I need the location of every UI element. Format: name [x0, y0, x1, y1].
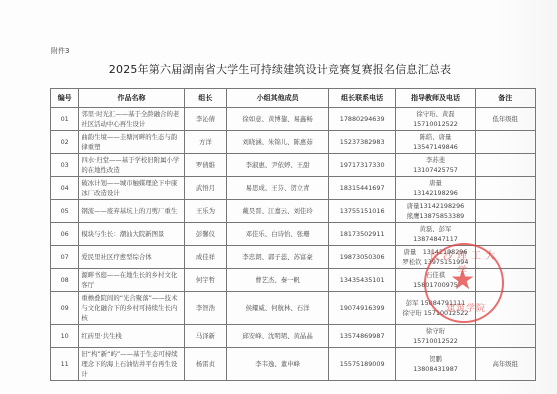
- leader-name: 李沁倩: [184, 108, 227, 131]
- row-number: 03: [51, 154, 79, 177]
- advisor-line-1: 李苏斐: [398, 155, 472, 165]
- member-names: 李淑惠、尹依婷、王甜: [227, 154, 329, 177]
- note: [475, 131, 535, 154]
- table-row: 02曲韵生境——圭塘河畔的生态与韵律重塑方洋刘晓涵、朱锦儿、陈惠茹1523738…: [51, 131, 536, 154]
- leader-name: 杨雷贞: [184, 348, 227, 381]
- work-name: 源畔书庭——在地生长的乡村文化客厅: [79, 269, 184, 292]
- table-row: 03四水·归堂——基于学校旧附属小学的在地性改造罗倩維李淑惠、尹依婷、王甜197…: [51, 154, 536, 177]
- advisor-line-1: 唐量13142198296: [398, 201, 472, 211]
- advisor-line-2: 13547149846: [398, 142, 472, 152]
- leader-phone: 19873050306: [328, 246, 395, 269]
- row-number: 04: [51, 177, 79, 200]
- header-leader: 组长: [184, 89, 227, 108]
- table-row: 11旧“构”新“屿”——基于生态可持续理念下的海上石油钻井平台再生设计杨雷贞李韦…: [51, 348, 536, 381]
- header-members: 小组其他成员: [227, 89, 329, 108]
- work-name: 钢流——废弃基坑上的刀剪厂重生: [79, 200, 184, 223]
- advisor-info: 唐量13142198296: [396, 177, 475, 200]
- note: 高年级组: [475, 348, 535, 381]
- work-name: 爱民里社区疗愈型综合体: [79, 246, 184, 269]
- attachment-label: 附件3: [51, 46, 69, 56]
- note: 低年级组: [475, 108, 535, 131]
- advisor-line-2: 15710012522: [398, 336, 472, 346]
- note: [475, 154, 535, 177]
- advisor-line-1: 唐量: [398, 178, 472, 188]
- leader-phone: 13755151016: [328, 200, 395, 223]
- leader-name: 武悟月: [184, 177, 227, 200]
- work-name: 红砖里·共生栈: [79, 325, 184, 348]
- leader-name: 马泽新: [184, 325, 227, 348]
- row-number: 01: [51, 108, 79, 131]
- leader-name: 李智浩: [184, 292, 227, 325]
- leader-name: 罗倩維: [184, 154, 227, 177]
- leader-phone: 15575189009: [328, 348, 395, 381]
- table-row: 04破冰计划——城市触媒理论下中康冰厂改造设计武悟月易思成、王芬、贺立青1831…: [51, 177, 536, 200]
- member-names: 刘晓涵、朱锦儿、陈惠茹: [227, 131, 329, 154]
- advisor-info: 李苏斐13107425757: [396, 154, 475, 177]
- header-number: 编号: [51, 89, 79, 108]
- row-number: 09: [51, 292, 79, 325]
- table-header-row: 编号 作品名称 组长 小组其他成员 组长联系电话 指导教师及电话 备注: [51, 89, 536, 108]
- advisor-line-2: 熊鹰13875853389: [398, 211, 472, 221]
- note: [475, 223, 535, 246]
- leader-phone: 13435435101: [328, 269, 395, 292]
- advisor-info: 唐量13142198296熊鹰13875853389: [396, 200, 475, 223]
- note: [475, 200, 535, 223]
- row-number: 05: [51, 200, 79, 223]
- work-name: 四水·归堂——基于学校旧附属小学的在地性改造: [79, 154, 184, 177]
- seal-bottom-text: 建筑学院: [438, 301, 494, 314]
- document-title: 2025年第六届湖南省大学生可持续建筑设计竞赛复赛报名信息汇总表: [80, 61, 480, 77]
- work-name: 曲韵生境——圭塘河畔的生态与韵律重塑: [79, 131, 184, 154]
- header-leader-phone: 组长联系电话: [328, 89, 395, 108]
- advisor-line-2: 13808431987: [398, 364, 472, 374]
- advisor-line-1: 陈皓、唐量: [398, 132, 472, 142]
- table-row: 01邻里·时光汇——基于全龄融合的老社区活动中心再生设计李沁倩徐如意、黄博鋆、易…: [51, 108, 536, 131]
- row-number: 11: [51, 348, 79, 381]
- leader-phone: 15237382983: [328, 131, 395, 154]
- leader-phone: 17880294639: [328, 108, 395, 131]
- member-names: 邱安峰、沈明珺、黄晶晶: [227, 325, 329, 348]
- advisor-line-2: 13142198296: [398, 188, 472, 198]
- leader-phone: 19717317330: [328, 154, 395, 177]
- advisor-info: 陈皓、唐量13547149846: [396, 131, 475, 154]
- work-name: 旧“构”新“屿”——基于生态可持续理念下的海上石油钻井平台再生设计: [79, 348, 184, 381]
- work-name: 重檐叠院间的“光合聚落”——技术与文化融合下的乡村可持续生长内核: [79, 292, 184, 325]
- header-advisor: 指导教师及电话: [396, 89, 475, 108]
- header-work-name: 作品名称: [79, 89, 184, 108]
- advisor-info: 贺鹏13808431987: [396, 348, 475, 381]
- leader-phone: 18315441697: [328, 177, 395, 200]
- leader-phone: 19074916399: [328, 292, 395, 325]
- row-number: 08: [51, 269, 79, 292]
- member-names: 曹艺杰、秦一帆: [227, 269, 329, 292]
- leader-name: 方洋: [184, 131, 227, 154]
- advisor-line-2: 15710012522: [398, 119, 472, 129]
- member-names: 李忠朗、郭子蕊、苏富豪: [227, 246, 329, 269]
- row-number: 10: [51, 325, 79, 348]
- advisor-line-1: 黄磊、彭军: [398, 224, 472, 234]
- member-names: 徐如意、黄博鋆、易鑫畅: [227, 108, 329, 131]
- note: [475, 325, 535, 348]
- member-names: 侯耀威、何航林、石洋: [227, 292, 329, 325]
- table-row: 10红砖里·共生栈马泽新邱安峰、沈明珺、黄晶晶13574869987徐守珩157…: [51, 325, 536, 348]
- leader-phone: 13574869987: [328, 325, 395, 348]
- advisor-info: 徐守珩、黄磊15710012522: [396, 108, 475, 131]
- leader-name: 彭馨仪: [184, 223, 227, 246]
- row-number: 06: [51, 223, 79, 246]
- leader-name: 成佳祥: [184, 246, 227, 269]
- star-icon: ★: [450, 266, 475, 294]
- official-seal: 长沙理工大学 ★ 建筑学院: [424, 243, 504, 323]
- registration-table: 编号 作品名称 组长 小组其他成员 组长联系电话 指导教师及电话 备注 01邻里…: [50, 88, 536, 381]
- row-number: 02: [51, 131, 79, 154]
- work-name: 邻里·时光汇——基于全龄融合的老社区活动中心再生设计: [79, 108, 184, 131]
- table-row: 05钢流——废弃基坑上的刀剪厂重生王乐为戴昊晋、江嘉云、刘佳玲137551510…: [51, 200, 536, 223]
- advisor-line-1: 徐守珩、黄磊: [398, 109, 472, 119]
- member-names: 戴昊晋、江嘉云、刘佳玲: [227, 200, 329, 223]
- leader-name: 王乐为: [184, 200, 227, 223]
- member-names: 易思成、王芬、贺立青: [227, 177, 329, 200]
- member-names: 邓佳乐、白诗怡、张珊: [227, 223, 329, 246]
- work-name: 破冰计划——城市触媒理论下中康冰厂改造设计: [79, 177, 184, 200]
- advisor-info: 徐守珩15710012522: [396, 325, 475, 348]
- advisor-line-2: 13107425757: [398, 165, 472, 175]
- note: [475, 177, 535, 200]
- leader-name: 何宇哲: [184, 269, 227, 292]
- header-note: 备注: [475, 89, 535, 108]
- leader-phone: 18173502911: [328, 223, 395, 246]
- member-names: 李韦逸、董申峰: [227, 348, 329, 381]
- advisor-line-1: 贺鹏: [398, 354, 472, 364]
- advisor-line-1: 徐守珩: [398, 326, 472, 336]
- work-name: 模块与生长：潮汕大院新图景: [79, 223, 184, 246]
- row-number: 07: [51, 246, 79, 269]
